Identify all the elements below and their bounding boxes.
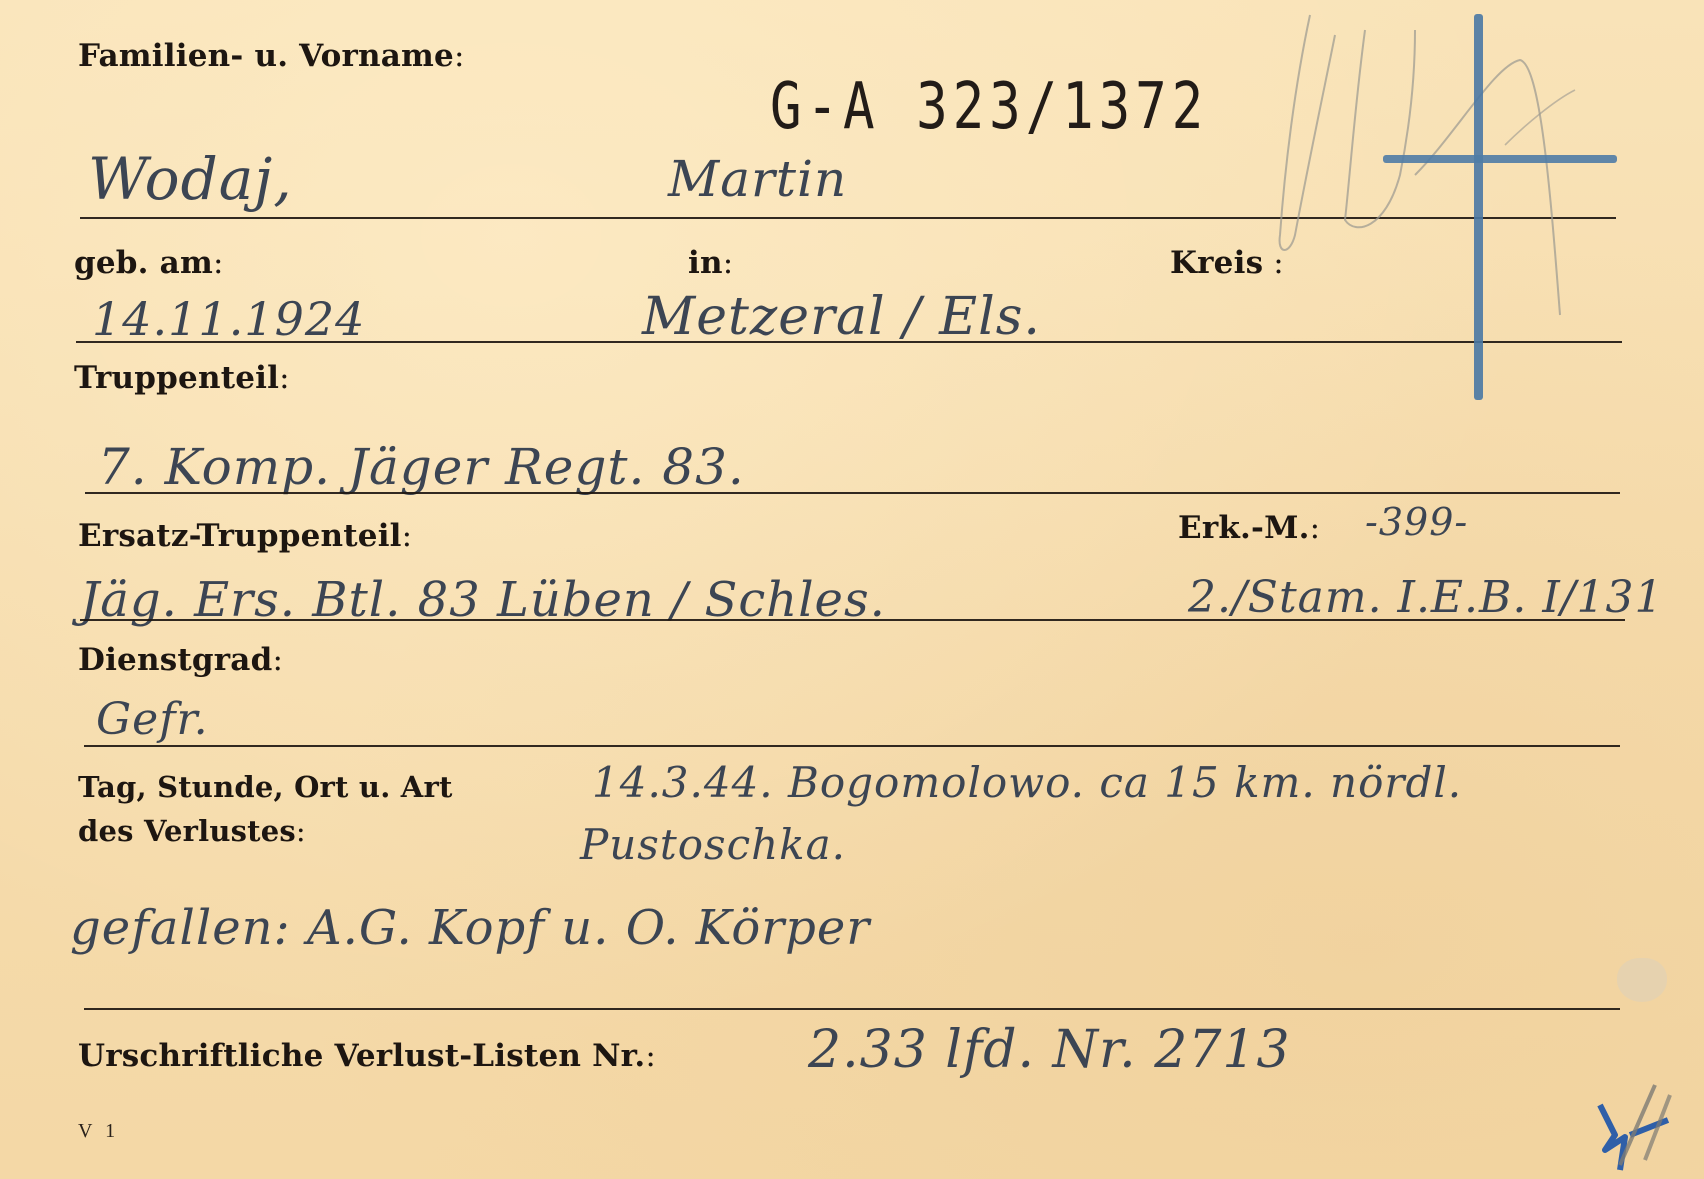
value-loss-line-1: 14.3.44. Bogomolowo. ca 15 km. nördl. [592,758,1462,807]
label-id-tag: Erk.-M.: [1178,510,1320,546]
label-name: Familien- u. Vorname: [78,38,465,74]
label-loss-list: Urschriftliche Verlust-Listen Nr.: [78,1038,656,1074]
faint-stamp-mark [1617,958,1667,1002]
label-birth-date: geb. am: [74,245,224,281]
form-code: V 1 [78,1120,119,1143]
label-loss-details-2: des Verlustes: [78,814,306,848]
value-id-tag: 2./Stam. I.E.B. I/131 [1188,572,1664,623]
pencil-signature-icon [1255,5,1605,335]
value-rank: Gefr. [96,694,209,745]
value-loss-list: 2.33 lfd. Nr. 2713 [808,1020,1291,1080]
index-card: G-A 323/1372 Familien- u. Vorname: Wodaj… [0,0,1704,1179]
file-number-stamp: G-A 323/1372 [770,70,1208,144]
initials-icon [1590,1075,1680,1175]
value-unit: 7. Komp. Jäger Regt. 83. [98,438,745,496]
value-id-tag-number: -399- [1365,500,1468,544]
value-birth-place: Metzeral / Els. [642,287,1041,347]
label-replacement-unit: Ersatz-Truppenteil: [78,518,412,554]
value-given-name: Martin [668,150,847,208]
value-loss-line-3: gefallen: A.G. Kopf u. O. Körper [70,900,870,956]
label-loss-details-1: Tag, Stunde, Ort u. Art [78,770,453,804]
label-birth-place: in: [688,245,733,281]
value-loss-line-2: Pustoschka. [580,820,846,869]
cross-icon [1474,14,1483,400]
rule-replacement-unit [80,619,1625,621]
value-birth-date: 14.11.1924 [92,292,365,346]
rule-rank [84,745,1620,747]
rule-loss-details [84,1008,1620,1010]
label-unit: Truppenteil: [74,360,290,396]
label-rank: Dienstgrad: [78,642,283,678]
rule-unit [85,492,1620,494]
cross-bar [1383,155,1617,163]
value-surname: Wodaj, [88,145,293,213]
rule-birth [76,341,1622,343]
